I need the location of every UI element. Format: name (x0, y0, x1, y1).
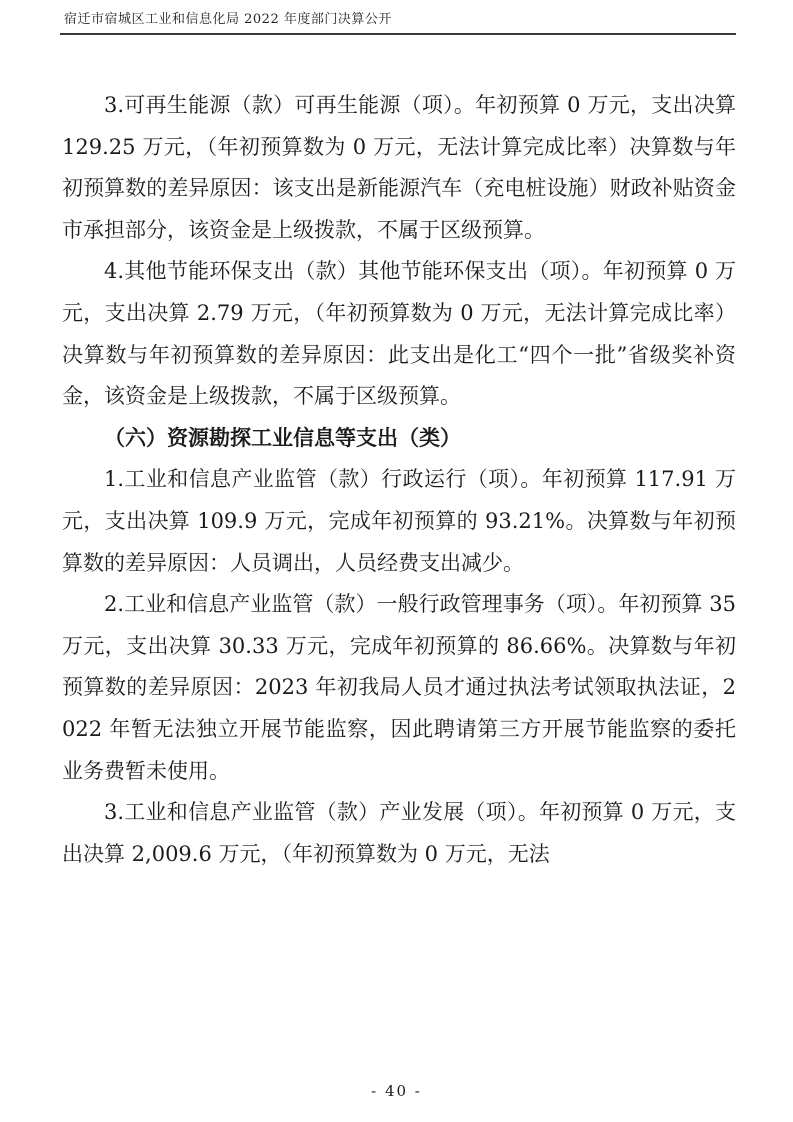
document-page: 宿迁市宿城区工业和信息化局 2022 年度部门决算公开 3.可再生能源（款）可再… (0, 0, 793, 1122)
paragraph-renewable-energy: 3.可再生能源（款）可再生能源（项）。年初预算 0 万元，支出决算 129.25… (62, 85, 736, 251)
document-body: 3.可再生能源（款）可再生能源（项）。年初预算 0 万元，支出决算 129.25… (62, 85, 736, 1062)
paragraph-industry-info-general-admin: 2.工业和信息产业监管（款）一般行政管理事务（项）。年初预算 35 万元，支出决… (62, 584, 736, 792)
page-header: 宿迁市宿城区工业和信息化局 2022 年度部门决算公开 (60, 12, 736, 35)
paragraph-industry-info-industry-development: 3.工业和信息产业监管（款）产业发展（项）。年初预算 0 万元，支出决算 2,0… (62, 792, 736, 875)
page-footer: - 40 - (0, 1082, 793, 1100)
page-number: - 40 - (371, 1082, 422, 1100)
document-title: 宿迁市宿城区工业和信息化局 2022 年度部门决算公开 (64, 12, 392, 27)
section-heading-resource-exploration-industry-info: （六）资源勘探工业信息等支出（类） (62, 418, 736, 460)
paragraph-industry-info-admin-operation: 1.工业和信息产业监管（款）行政运行（项）。年初预算 117.91 万元，支出决… (62, 459, 736, 584)
paragraph-other-energy-saving-expense: 4.其他节能环保支出（款）其他节能环保支出（项）。年初预算 0 万元，支出决算 … (62, 251, 736, 417)
